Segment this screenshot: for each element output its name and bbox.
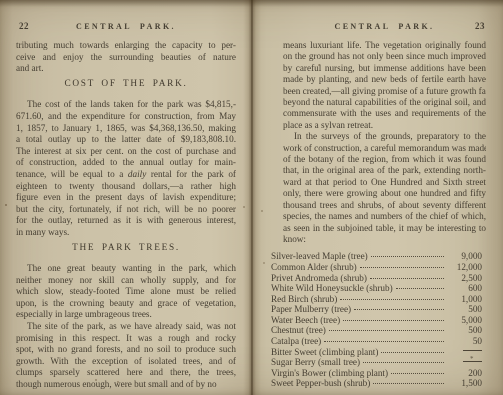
tree-count: 500 bbox=[448, 304, 482, 315]
scan-blemish bbox=[95, 379, 97, 381]
table-row: Privet Andromeda (shrub)2,500 bbox=[271, 273, 482, 284]
text-line: as seen in the subjoined table, it may b… bbox=[283, 223, 486, 234]
table-row: Bitter Sweet (climbing plant) bbox=[271, 347, 482, 358]
paragraph: In the surveys of the grounds, preparato… bbox=[283, 131, 486, 245]
table-row: Red Birch (shrub)1,000 bbox=[271, 294, 482, 305]
book-spread: 22 CENTRAL PARK. tributing much towards … bbox=[0, 0, 503, 395]
running-head-title-left: CENTRAL PARK. bbox=[16, 22, 236, 31]
tree-count: 2,500 bbox=[448, 273, 482, 284]
table-row: Chestnut (tree)500 bbox=[271, 325, 482, 336]
tree-name: Common Alder (shrub) bbox=[271, 262, 357, 273]
tree-name: Sweet Pepper-bush (shrub) bbox=[271, 378, 370, 389]
page-left: 22 CENTRAL PARK. tributing much towards … bbox=[0, 0, 250, 395]
table-row: Virgin's Bower (climbing plant)200 bbox=[271, 368, 482, 379]
text-line: in many ways. bbox=[16, 227, 236, 239]
text-line: spot, with no grand forests, and no soil… bbox=[16, 344, 236, 356]
footnote-asterisk: * bbox=[470, 354, 474, 365]
blank-value-dash: * bbox=[463, 361, 482, 366]
leader-dots bbox=[354, 309, 444, 310]
text-line: The one great beauty wanting in the park… bbox=[16, 263, 236, 275]
leader-dots bbox=[329, 330, 444, 331]
text-line: The interest at six per cent. on the cos… bbox=[16, 146, 236, 158]
leader-dots bbox=[360, 267, 444, 268]
table-row: White Wild Honeysuckle (shrub)600 bbox=[271, 283, 482, 294]
text-line: work of construction, a careful memorand… bbox=[283, 143, 486, 154]
text-line: means luxuriant life. The vegetation ori… bbox=[283, 40, 486, 51]
page-right: CENTRAL PARK. 23 means luxuriant life. T… bbox=[253, 0, 503, 395]
text-line: beyond the natural capabilities of the o… bbox=[283, 97, 486, 108]
leader-dots bbox=[373, 383, 444, 384]
leader-dots bbox=[343, 320, 444, 321]
tree-name: Bitter Sweet (climbing plant) bbox=[271, 347, 378, 358]
table-row: Paper Mulberry (tree)500 bbox=[271, 304, 482, 315]
section-heading: COST OF THE PARK. bbox=[16, 79, 236, 91]
text-line: The site of the park, as we have already… bbox=[16, 321, 236, 333]
text-line: place as a sylvan retreat. bbox=[283, 120, 486, 131]
table-row: Common Alder (shrub)12,000 bbox=[271, 262, 482, 273]
text-line: 1, 1857, to January 1, 1865, was $4,368,… bbox=[16, 123, 236, 135]
section-heading: THE PARK TREES. bbox=[16, 243, 236, 255]
tree-census-table: Silver-leaved Maple (tree)9,000Common Al… bbox=[271, 251, 482, 389]
text-line: growth. With the exception of isolated t… bbox=[16, 356, 236, 368]
text-line: of construction, added to the annual out… bbox=[16, 157, 236, 169]
text-line: know: bbox=[283, 234, 486, 245]
tree-name: Paper Mulberry (tree) bbox=[271, 304, 351, 315]
paragraph: The site of the park, as we have already… bbox=[16, 321, 236, 391]
scan-blemish bbox=[243, 206, 245, 208]
leader-dots bbox=[391, 373, 444, 374]
text-line: been created,—all giving promise of a fu… bbox=[283, 86, 486, 97]
table-row: Water Beech (tree)5,000 bbox=[271, 315, 482, 326]
running-head-title-right: CENTRAL PARK. bbox=[283, 22, 486, 31]
paragraph: The one great beauty wanting in the park… bbox=[16, 263, 236, 321]
text-line: and art. bbox=[16, 63, 236, 75]
text-line: tributing much towards enlarging the cap… bbox=[16, 40, 236, 52]
text-line: thousand trees and shrubs, of about seve… bbox=[283, 200, 486, 211]
tree-count: 600 bbox=[448, 283, 482, 294]
text-line: for the outlay, returned as it is with g… bbox=[16, 215, 236, 227]
text-line: The cost of the lands taken for the park… bbox=[16, 99, 236, 111]
tree-name: Catalpa (tree) bbox=[271, 336, 321, 347]
tree-count: 9,000 bbox=[448, 251, 482, 262]
text-line: In the surveys of the grounds, preparato… bbox=[283, 131, 486, 142]
leader-dots bbox=[371, 256, 444, 257]
text-line: which slow, steady-footed Time alone mus… bbox=[16, 286, 236, 298]
text-line: commensurate with the uses and requireme… bbox=[283, 108, 486, 119]
tree-name: Virgin's Bower (climbing plant) bbox=[271, 368, 388, 379]
text-line: of the botany of the region, from which … bbox=[283, 154, 486, 165]
table-row: Catalpa (tree)50 bbox=[271, 336, 482, 347]
tree-count: 1,000 bbox=[448, 294, 482, 305]
running-head-right: CENTRAL PARK. 23 bbox=[283, 22, 486, 34]
tree-count: * bbox=[448, 357, 482, 368]
tree-name: Sugar Berry (small tree) bbox=[271, 357, 360, 368]
leader-dots bbox=[381, 352, 444, 353]
text-line: on the ground has not only been since mu… bbox=[283, 51, 486, 62]
text-line: tenance, will be equal to a daily rental… bbox=[16, 169, 236, 181]
leader-dots bbox=[396, 288, 444, 289]
text-line: especially in large umbrageous trees. bbox=[16, 309, 236, 321]
text-line: eighteen to twenty thousand dollars,—a r… bbox=[16, 181, 236, 193]
tree-name: Chestnut (tree) bbox=[271, 325, 326, 336]
text-line: a total outlay up to the latter date of … bbox=[16, 134, 236, 146]
table-row: Sugar Berry (small tree)* bbox=[271, 357, 482, 368]
scan-blemish bbox=[117, 381, 119, 383]
leader-dots bbox=[363, 362, 444, 363]
text-line: ward at that period to One Hundred and S… bbox=[283, 177, 486, 188]
text-line: but the city, fortunately, if not rich, … bbox=[16, 204, 236, 216]
text-line: that, in the original area of the park, … bbox=[283, 165, 486, 176]
text-line: by careful nursing, but immense addition… bbox=[283, 63, 486, 74]
tree-name: Privet Andromeda (shrub) bbox=[271, 273, 367, 284]
page-right-body: means luxuriant life. The vegetation ori… bbox=[283, 40, 486, 389]
text-line: figure even in the present days of lavis… bbox=[16, 192, 236, 204]
leader-dots bbox=[340, 299, 444, 300]
page-left-body: tributing much towards enlarging the cap… bbox=[16, 40, 236, 391]
page-number-right: 23 bbox=[475, 21, 485, 31]
text-line: promising in this respect. It was a roug… bbox=[16, 333, 236, 345]
tree-count: 12,000 bbox=[448, 262, 482, 273]
text-line: made by planting, and new beds of fertil… bbox=[283, 74, 486, 85]
paragraph: means luxuriant life. The vegetation ori… bbox=[283, 40, 486, 131]
text-line: though numerous enough, were but small a… bbox=[16, 379, 236, 391]
text-line: 671.60, and the expenditure for construc… bbox=[16, 111, 236, 123]
tree-count: 1,500 bbox=[448, 378, 482, 389]
scan-blemish bbox=[263, 262, 265, 264]
table-row: Silver-leaved Maple (tree)9,000 bbox=[271, 251, 482, 262]
tree-name: Red Birch (shrub) bbox=[271, 294, 337, 305]
text-line: neither money nor skill can wholly suppl… bbox=[16, 275, 236, 287]
text-line: clumps sparsely scattered here and there… bbox=[16, 367, 236, 379]
tree-name: White Wild Honeysuckle (shrub) bbox=[271, 283, 393, 294]
tree-count: 5,000 bbox=[448, 315, 482, 326]
running-head-left: 22 CENTRAL PARK. bbox=[16, 22, 236, 34]
scan-blemish bbox=[5, 204, 7, 206]
tree-count: 500 bbox=[448, 325, 482, 336]
text-line: upon, is the crowning beauty and grace o… bbox=[16, 298, 236, 310]
paragraph: tributing much towards enlarging the cap… bbox=[16, 40, 236, 75]
tree-count bbox=[448, 347, 482, 358]
scan-blemish bbox=[261, 210, 263, 212]
text-line: only, there were growing about one hundr… bbox=[283, 188, 486, 199]
scan-blemish bbox=[318, 64, 320, 66]
leader-dots bbox=[324, 341, 444, 342]
tree-name: Silver-leaved Maple (tree) bbox=[271, 251, 368, 262]
leader-dots bbox=[370, 278, 444, 279]
text-line: species, the names and numbers of the ch… bbox=[283, 211, 486, 222]
text-line: ceive and enjoy the surrounding beauties… bbox=[16, 52, 236, 64]
tree-count: 50 bbox=[448, 336, 482, 347]
paragraph: The cost of the lands taken for the park… bbox=[16, 99, 236, 238]
table-row: Sweet Pepper-bush (shrub)1,500 bbox=[271, 378, 482, 389]
tree-name: Water Beech (tree) bbox=[271, 315, 340, 326]
tree-count: 200 bbox=[448, 368, 482, 379]
